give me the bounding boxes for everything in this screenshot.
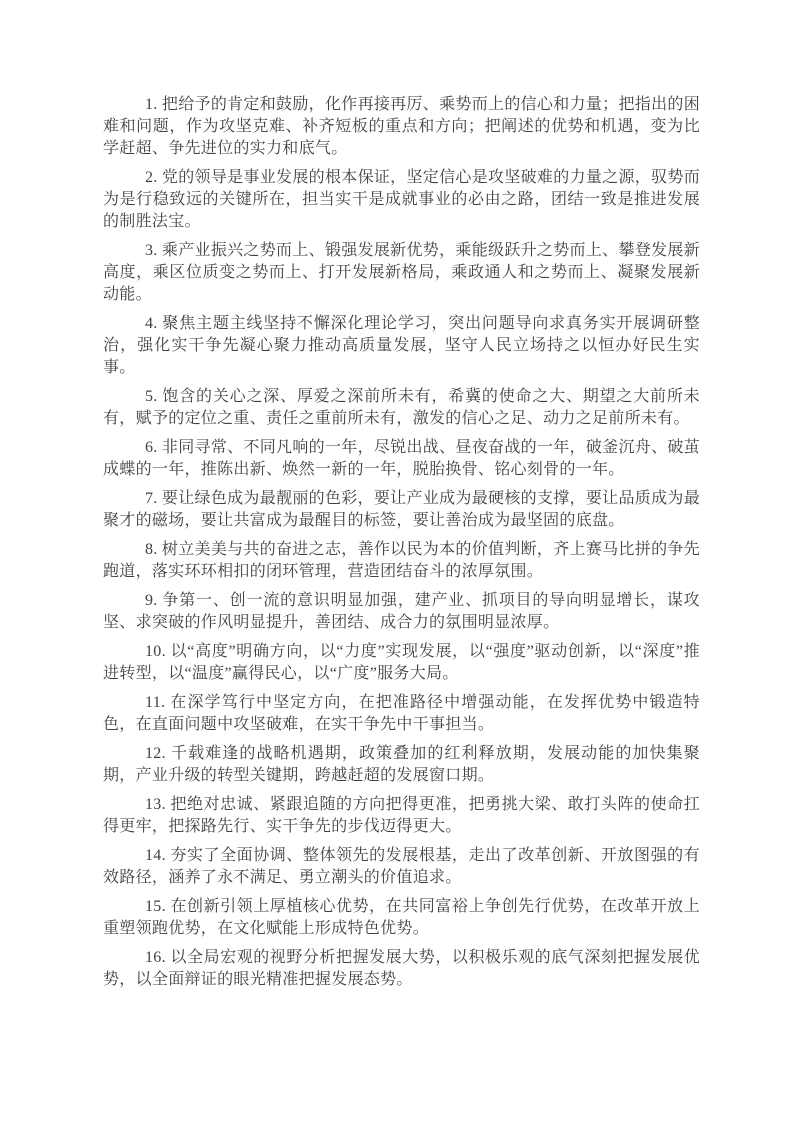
paragraph-16: 16. 以全局宏观的视野分析把握发展大势，以积极乐观的底气深刻把握发展优势，以全… (103, 947, 700, 991)
paragraph-12: 12. 千载难逢的战略机遇期，政策叠加的红利释放期，发展动能的加快集聚期，产业升… (103, 743, 700, 787)
paragraph-11: 11. 在深学笃行中坚定方向，在把准路径中增强动能，在发挥优势中锻造特色，在直面… (103, 692, 700, 736)
paragraph-13: 13. 把绝对忠诚、紧跟追随的方向把得更准，把勇挑大梁、敢打头阵的使命扛得更牢，… (103, 794, 700, 838)
paragraph-9: 9. 争第一、创一流的意识明显加强，建产业、抓项目的导向明显增长，谋攻坚、求突破… (103, 590, 700, 634)
document-page: 1. 把给予的肯定和鼓励，化作再接再厉、乘势而上的信心和力量；把指出的困难和问题… (0, 0, 793, 1122)
paragraph-4: 4. 聚焦主题主线坚持不懈深化理论学习，突出问题导向求真务实开展调研整治，强化实… (103, 313, 700, 379)
paragraph-7: 7. 要让绿色成为最靓丽的色彩，要让产业成为最硬核的支撑，要让品质成为最聚才的磁… (103, 488, 700, 532)
paragraph-1: 1. 把给予的肯定和鼓励，化作再接再厉、乘势而上的信心和力量；把指出的困难和问题… (103, 94, 700, 160)
paragraph-10: 10. 以“高度”明确方向，以“力度”实现发展，以“强度”驱动创新，以“深度”推… (103, 641, 700, 685)
paragraph-5: 5. 饱含的关心之深、厚爱之深前所未有，希冀的使命之大、期望之大前所未有，赋予的… (103, 386, 700, 430)
paragraph-15: 15. 在创新引领上厚植核心优势，在共同富裕上争创先行优势，在改革开放上重塑领跑… (103, 896, 700, 940)
paragraph-3: 3. 乘产业振兴之势而上、锻强发展新优势，乘能级跃升之势而上、攀登发展新高度，乘… (103, 240, 700, 306)
paragraph-14: 14. 夯实了全面协调、整体领先的发展根基，走出了改革创新、开放图强的有效路径，… (103, 845, 700, 889)
paragraph-2: 2. 党的领导是事业发展的根本保证，坚定信心是攻坚破难的力量之源，驭势而为是行稳… (103, 167, 700, 233)
paragraph-6: 6. 非同寻常、不同凡响的一年，尽锐出战、昼夜奋战的一年，破釜沉舟、破茧成蝶的一… (103, 437, 700, 481)
document-body: 1. 把给予的肯定和鼓励，化作再接再厉、乘势而上的信心和力量；把指出的困难和问题… (103, 94, 700, 991)
paragraph-8: 8. 树立美美与共的奋进之志，善作以民为本的价值判断，齐上赛马比拼的争先跑道，落… (103, 539, 700, 583)
